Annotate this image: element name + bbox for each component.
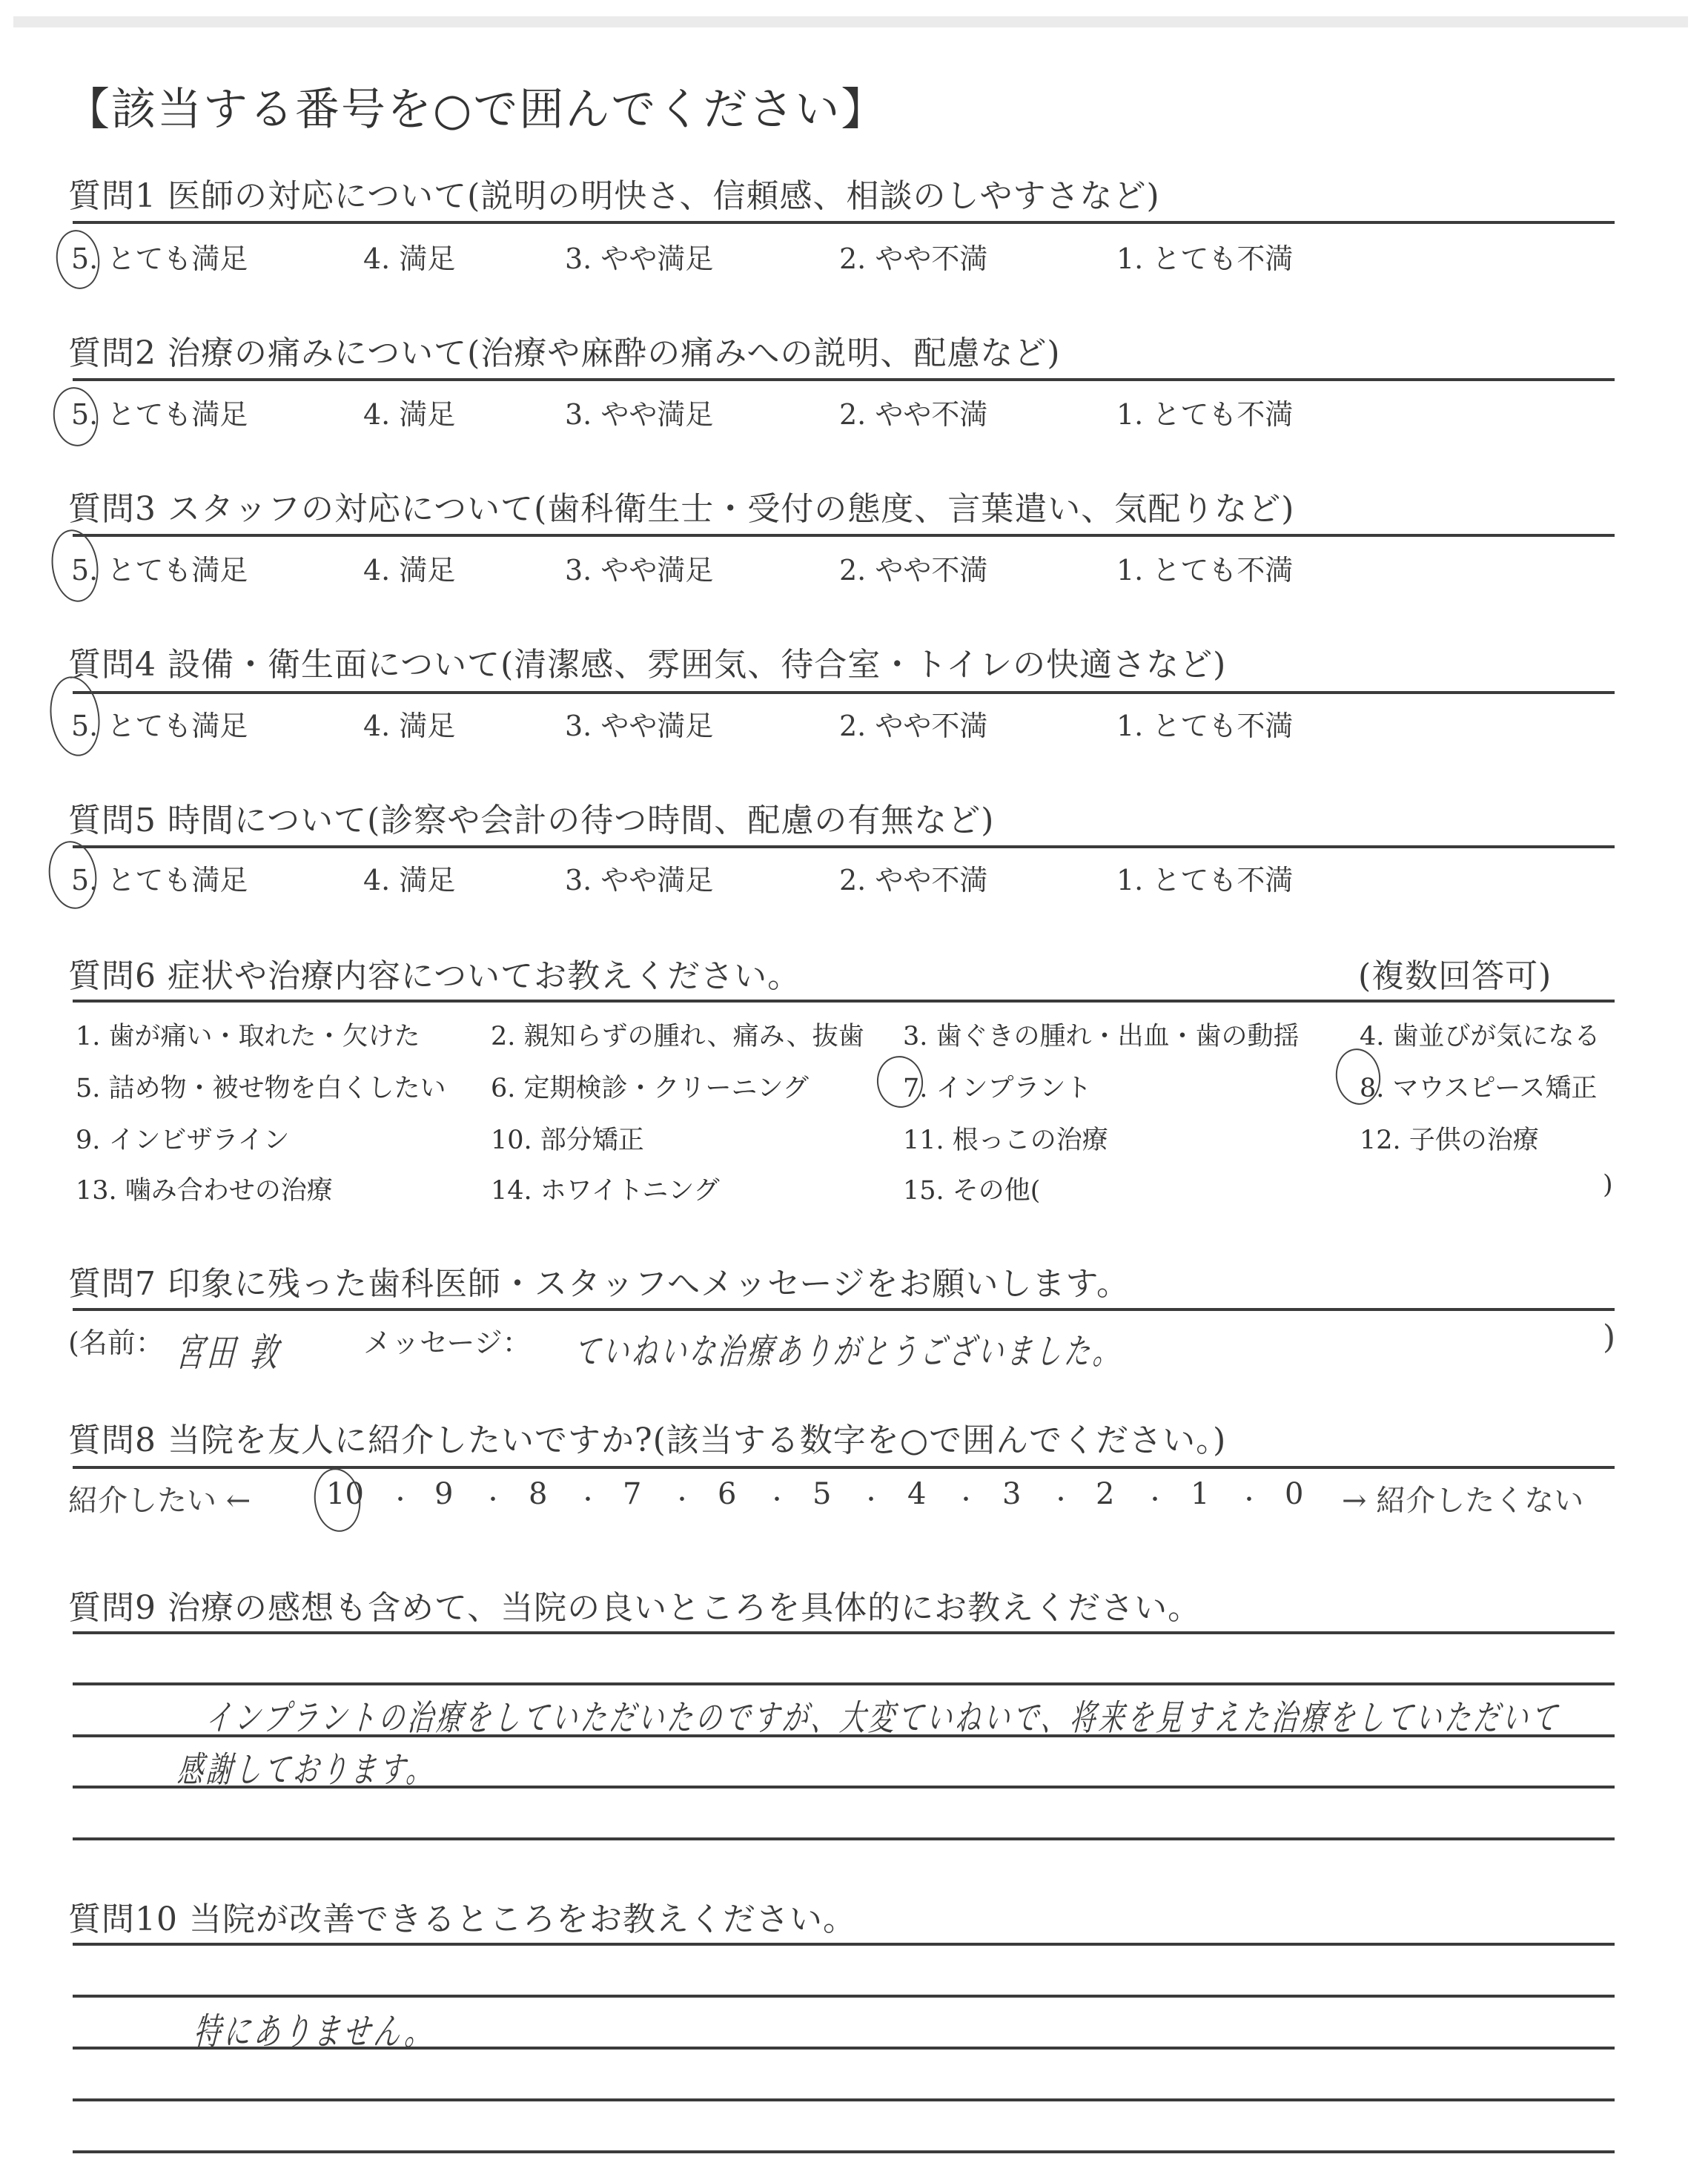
- q3-rule: [73, 534, 1615, 537]
- q5-option-4[interactable]: 4. 満足: [363, 857, 455, 898]
- q8-scale-2[interactable]: 2: [1096, 1477, 1114, 1511]
- q4-option-1[interactable]: 1. とても不満: [1116, 703, 1293, 744]
- q6-heading: 質問6 症状や治療内容についてお教えください。: [68, 949, 801, 997]
- q6-multiple-answers-note: (複数回答可): [1358, 949, 1552, 997]
- q4-option-2[interactable]: 2. やや不満: [839, 703, 987, 744]
- q3-heading: 質問3 スタッフの対応について(歯科衛生士・受付の態度、言葉遣い、気配りなど): [68, 482, 1294, 529]
- q9-answer-line-1: インプラントの治療をしていただいたのですが、大変ていねいで、将来を見すえた治療を…: [204, 1689, 1562, 1740]
- q8-scale-0[interactable]: 0: [1285, 1477, 1303, 1511]
- q10-answer-line-1: 特にありません。: [192, 2002, 437, 2055]
- q8-separator: ・: [766, 1482, 788, 1514]
- q1-heading: 質問1 医師の対応について(説明の明快さ、信頼感、相談のしやすさなど): [68, 169, 1160, 217]
- q3-option-1[interactable]: 1. とても不満: [1116, 547, 1293, 588]
- q2-option-5[interactable]: 5. とても満足: [71, 392, 248, 432]
- q6-item-11[interactable]: 11. 根っこの治療: [903, 1120, 1108, 1157]
- q4-rule: [73, 691, 1615, 694]
- q8-separator: ・: [1050, 1482, 1072, 1514]
- q1-option-3[interactable]: 3. やや満足: [565, 236, 713, 277]
- q1-option-4[interactable]: 4. 満足: [363, 236, 455, 277]
- q1-option-1[interactable]: 1. とても不満: [1116, 236, 1293, 277]
- q2-option-2[interactable]: 2. やや不満: [839, 392, 987, 432]
- q7-heading: 質問7 印象に残った歯科医師・スタッフへメッセージをお願いします。: [68, 1257, 1130, 1304]
- q8-scale-7[interactable]: 7: [623, 1477, 641, 1511]
- form-title: 【該当する番号を○で囲んでください】: [65, 74, 887, 138]
- q10-heading: 質問10 当院が改善できるところをお教えください。: [68, 1892, 856, 1940]
- q6-item-1[interactable]: 1. 歯が痛い・取れた・欠けた: [76, 1016, 420, 1053]
- q8-separator: ・: [1144, 1482, 1166, 1514]
- q5-heading: 質問5 時間について(診察や会計の待つ時間、配慮の有無など): [68, 793, 994, 841]
- q4-option-3[interactable]: 3. やや満足: [565, 703, 713, 744]
- q6-item-3[interactable]: 3. 歯ぐきの腫れ・出血・歯の動揺: [903, 1016, 1300, 1053]
- q6-item-4[interactable]: 4. 歯並びが気になる: [1360, 1016, 1601, 1053]
- q6-item-15-close-paren: ): [1603, 1170, 1613, 1200]
- q2-option-3[interactable]: 3. やや満足: [565, 392, 713, 432]
- q9-rule-2: [73, 1682, 1615, 1685]
- q9-rule-5: [73, 1837, 1615, 1840]
- q6-item-5[interactable]: 5. 詰め物・被せ物を白くしたい: [76, 1068, 446, 1105]
- q5-selection-circle: [44, 838, 101, 912]
- q6-item-15-other[interactable]: 15. その他(: [903, 1170, 1040, 1207]
- q6-item-14[interactable]: 14. ホワイトニング: [491, 1170, 720, 1207]
- q6-item-9[interactable]: 9. インビザライン: [76, 1120, 289, 1157]
- q7-rule: [73, 1308, 1615, 1311]
- q8-right-label: → 紹介したくない: [1342, 1477, 1583, 1519]
- q8-scale-9[interactable]: 9: [434, 1477, 453, 1511]
- q7-close-paren: ): [1603, 1318, 1615, 1356]
- q4-selection-circle: [45, 673, 105, 759]
- q5-option-2[interactable]: 2. やや不満: [839, 857, 987, 898]
- q6-item-12[interactable]: 12. 子供の治療: [1360, 1120, 1539, 1157]
- q1-rule: [73, 221, 1615, 224]
- q8-separator: ・: [577, 1482, 599, 1514]
- q8-scale-3[interactable]: 3: [1002, 1477, 1021, 1511]
- q8-separator: ・: [955, 1482, 977, 1514]
- q2-heading: 質問2 治療の痛みについて(治療や麻酔の痛みへの説明、配慮など): [68, 326, 1061, 374]
- q1-option-2[interactable]: 2. やや不満: [839, 236, 987, 277]
- q6-item-6[interactable]: 6. 定期検診・クリーニング: [491, 1068, 809, 1105]
- q10-rule-5: [73, 2150, 1615, 2153]
- q9-answer-line-2: 感謝しております。: [176, 1741, 437, 1792]
- q4-option-4[interactable]: 4. 満足: [363, 703, 455, 744]
- q3-option-4[interactable]: 4. 満足: [363, 547, 455, 588]
- q3-option-3[interactable]: 3. やや満足: [565, 547, 713, 588]
- scan-top-edge: [13, 16, 1688, 27]
- q8-heading: 質問8 当院を友人に紹介したいですか?(該当する数字を○で囲んでください。): [68, 1413, 1226, 1461]
- q8-left-label: 紹介したい ←: [68, 1477, 251, 1519]
- q8-selection-circle: [310, 1465, 364, 1535]
- q8-separator: ・: [1238, 1482, 1260, 1514]
- q5-option-3[interactable]: 3. やや満足: [565, 857, 713, 898]
- q5-option-1[interactable]: 1. とても不満: [1116, 857, 1293, 898]
- q8-scale-1[interactable]: 1: [1191, 1477, 1209, 1511]
- q6-rule: [73, 1000, 1615, 1003]
- q8-separator: ・: [389, 1482, 411, 1514]
- q9-heading: 質問9 治療の感想も含めて、当院の良いところを具体的にお教えください。: [68, 1581, 1201, 1628]
- q8-scale-4[interactable]: 4: [907, 1477, 926, 1511]
- q2-option-4[interactable]: 4. 満足: [363, 392, 455, 432]
- q10-rule-1: [73, 1943, 1615, 1946]
- q10-rule-2: [73, 1995, 1615, 1998]
- q8-separator: ・: [860, 1482, 882, 1514]
- q8-separator: ・: [671, 1482, 693, 1514]
- q8-scale-8[interactable]: 8: [529, 1477, 547, 1511]
- q5-rule: [73, 845, 1615, 848]
- q2-option-1[interactable]: 1. とても不満: [1116, 392, 1293, 432]
- q8-scale-6[interactable]: 6: [718, 1477, 736, 1511]
- q8-separator: ・: [482, 1482, 504, 1514]
- q7-message-field[interactable]: ていねいな治療ありがとうございました。: [572, 1323, 1124, 1374]
- q3-selection-circle: [47, 526, 102, 605]
- q8-scale-5[interactable]: 5: [812, 1477, 831, 1511]
- q5-option-5[interactable]: 5. とても満足: [71, 857, 248, 898]
- q2-rule: [73, 378, 1615, 381]
- q6-item-2[interactable]: 2. 親知らずの腫れ、痛み、抜歯: [491, 1016, 864, 1053]
- q6-item-8[interactable]: 8. マウスピース矯正: [1360, 1068, 1597, 1105]
- q4-heading: 質問4 設備・衛生面について(清潔感、雰囲気、待合室・トイレの快適さなど): [68, 638, 1226, 685]
- q9-rule-1: [73, 1631, 1615, 1634]
- q6-item-7[interactable]: 7. インプラント: [903, 1068, 1092, 1105]
- q7-name-label: (名前：: [68, 1320, 164, 1361]
- q7-name-field[interactable]: 宮田 敦: [174, 1321, 283, 1377]
- q10-rule-4: [73, 2098, 1615, 2101]
- q7-message-label: メッセージ：: [363, 1320, 531, 1361]
- q3-option-2[interactable]: 2. やや不満: [839, 547, 987, 588]
- q6-item-10[interactable]: 10. 部分矯正: [491, 1120, 644, 1157]
- q6-item-13[interactable]: 13. 噛み合わせの治療: [76, 1170, 333, 1207]
- q8-rule: [73, 1466, 1615, 1469]
